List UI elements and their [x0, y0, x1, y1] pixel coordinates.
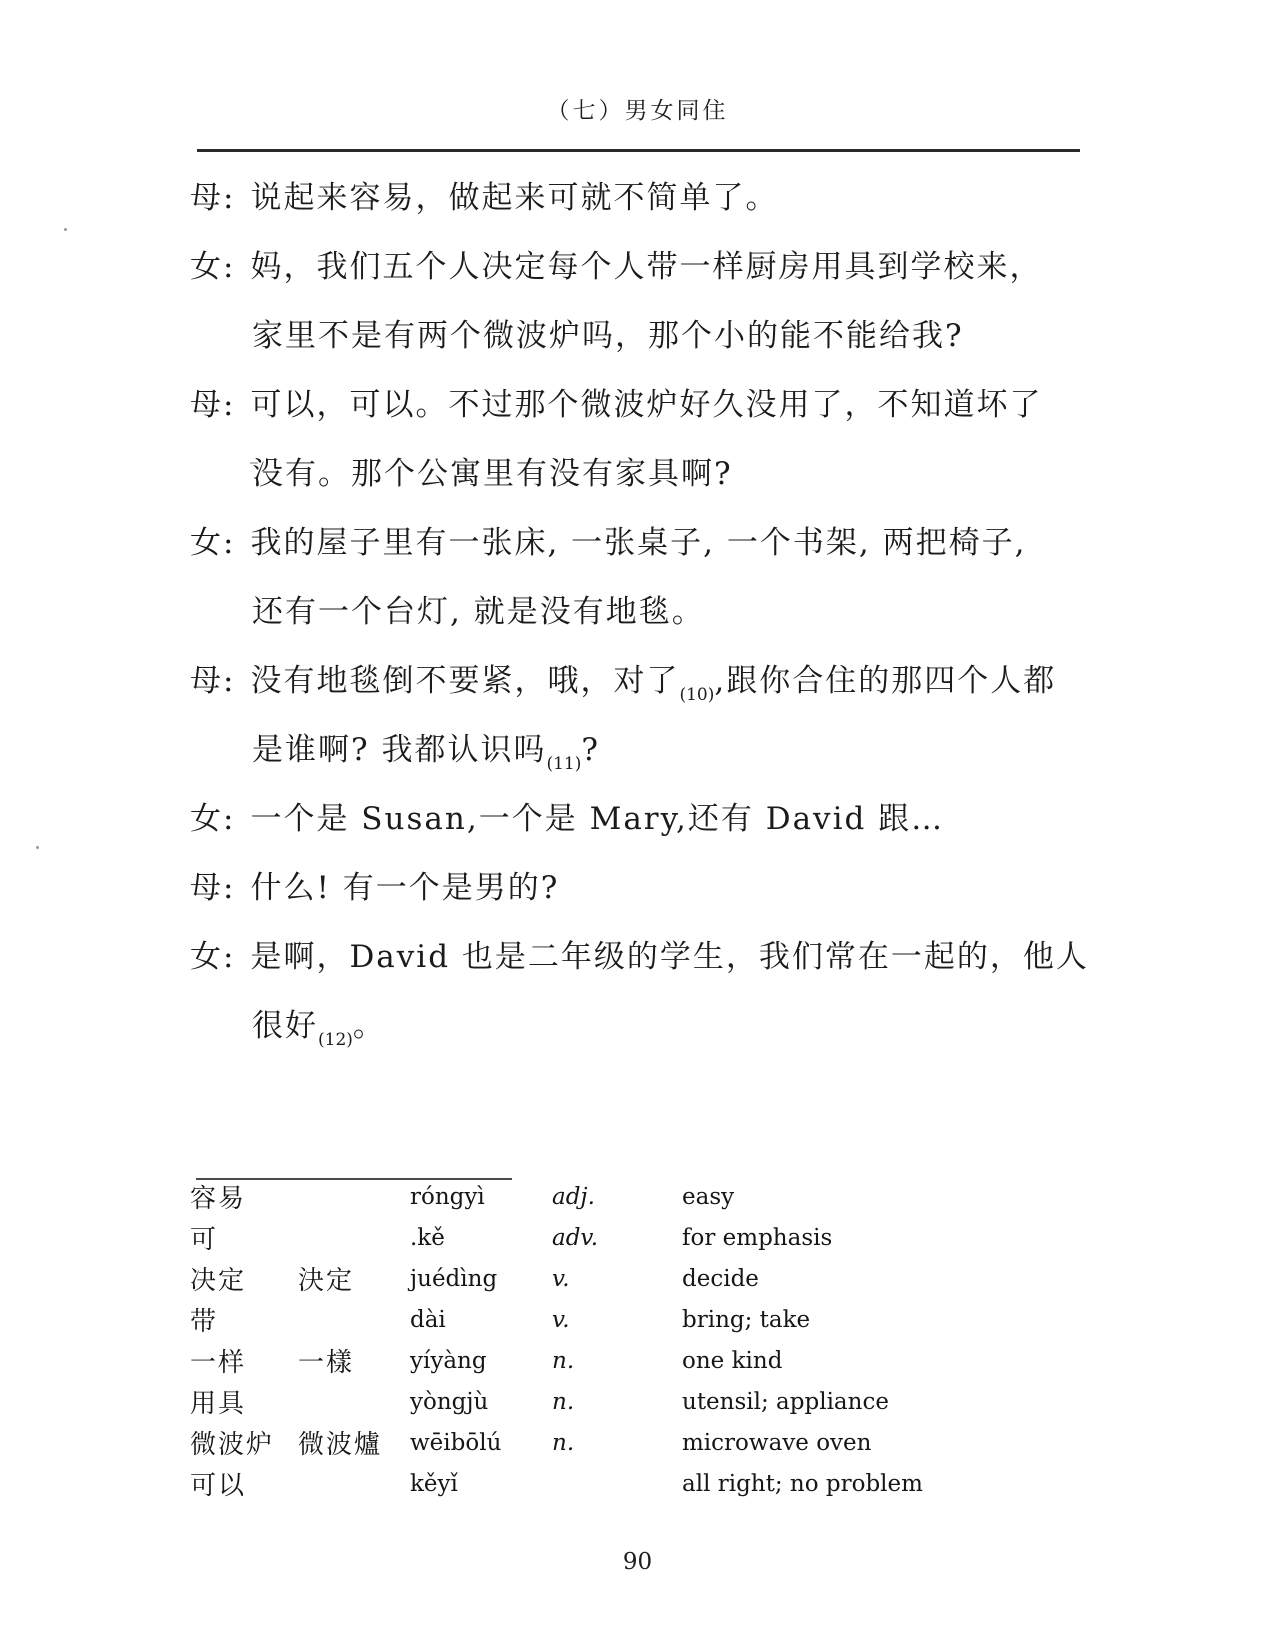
- vocab-part-of-speech: v.: [552, 1266, 682, 1292]
- speaker-label: 女:: [190, 241, 235, 286]
- vocab-simplified: 一样: [190, 1342, 298, 1379]
- vocab-pinyin: róngyì: [410, 1184, 552, 1210]
- vocab-english: utensil; appliance: [682, 1389, 1225, 1415]
- vocab-part-of-speech: v.: [552, 1307, 682, 1333]
- speaker-label: 女:: [190, 931, 235, 976]
- vocab-pinyin: yòngjù: [410, 1389, 552, 1415]
- vocab-english: all right; no problem: [682, 1471, 1225, 1497]
- dialogue-line: 母:什么! 有一个是男的?: [190, 850, 1225, 919]
- dialogue-text: 很好(12)。: [252, 1000, 386, 1045]
- vocab-pinyin: wēibōlú: [410, 1430, 552, 1456]
- vocab-english: decide: [682, 1266, 1225, 1292]
- vocab-english: for emphasis: [682, 1225, 1225, 1251]
- dialogue-text: 可以，可以。不过那个微波炉好久没用了，不知道坏了: [250, 379, 1042, 424]
- dialogue-line: 母:可以，可以。不过那个微波炉好久没用了，不知道坏了: [190, 367, 1225, 436]
- vocab-pinyin: dài: [410, 1307, 552, 1333]
- vocab-pinyin: kěyǐ: [410, 1471, 552, 1497]
- dialogue-text: 我的屋子里有一张床, 一张桌子, 一个书架, 两把椅子,: [250, 517, 1026, 562]
- dialogue-line: 女:是啊，David 也是二年级的学生，我们常在一起的，他人: [190, 919, 1225, 988]
- footnote-number: (10): [679, 685, 714, 705]
- speaker-label: 女:: [190, 793, 235, 838]
- dialogue-line: 家里不是有两个微波炉吗，那个小的能不能给我?: [190, 298, 1225, 367]
- scan-speck: [250, 462, 258, 464]
- dialogue-text: 是啊，David 也是二年级的学生，我们常在一起的，他人: [250, 931, 1088, 976]
- vocab-part-of-speech: n.: [552, 1389, 682, 1415]
- vocab-traditional: 決定: [298, 1260, 410, 1297]
- textbook-page: （七）男女同住 母:说起来容易，做起来可就不简单了。女:妈，我们五个人决定每个人…: [0, 0, 1275, 1650]
- dialogue-text: 没有。那个公寓里有没有家具啊?: [252, 448, 733, 493]
- vocab-simplified: 容易: [190, 1178, 298, 1215]
- vocab-pinyin: .kě: [410, 1225, 552, 1251]
- vocab-part-of-speech: n.: [552, 1430, 682, 1456]
- vocab-simplified: 可以: [190, 1465, 298, 1502]
- footnote-number: (11): [546, 754, 581, 774]
- dialogue-text: 是谁啊? 我都认识吗(11)?: [252, 724, 600, 769]
- dialogue-line: 女:我的屋子里有一张床, 一张桌子, 一个书架, 两把椅子,: [190, 505, 1225, 574]
- scan-speck: [36, 846, 39, 849]
- vocab-simplified: 可: [190, 1219, 298, 1256]
- dialogue-text: 说起来容易，做起来可就不简单了。: [250, 172, 778, 217]
- vocab-simplified: 带: [190, 1301, 298, 1338]
- vocab-simplified: 微波炉: [190, 1424, 298, 1461]
- header-divider: [197, 149, 1080, 152]
- vocab-english: bring; take: [682, 1307, 1225, 1333]
- dialogue-line: 是谁啊? 我都认识吗(11)?: [190, 712, 1225, 781]
- dialogue-line: 母:说起来容易，做起来可就不简单了。: [190, 160, 1225, 229]
- dialogue-text: 一个是 Susan,一个是 Mary,还有 David 跟…: [250, 793, 944, 838]
- dialogue-text: 没有地毯倒不要紧，哦，对了(10),跟你合住的那四个人都: [250, 655, 1056, 700]
- dialogue-line: 很好(12)。: [190, 988, 1225, 1057]
- vocab-part-of-speech: adv.: [552, 1225, 682, 1251]
- vocab-english: one kind: [682, 1348, 1225, 1374]
- speaker-label: 女:: [190, 517, 235, 562]
- scan-speck: [64, 228, 67, 231]
- speaker-label: 母:: [190, 172, 235, 217]
- dialogue-text: 妈，我们五个人决定每个人带一样厨房用具到学校来，: [250, 241, 1042, 286]
- vocab-simplified: 用具: [190, 1383, 298, 1420]
- vocab-traditional: 微波爐: [298, 1424, 410, 1461]
- dialogue: 母:说起来容易，做起来可就不简单了。女:妈，我们五个人决定每个人带一样厨房用具到…: [190, 160, 1225, 1057]
- vocab-table: 容易róngyìadj.easy可.kěadv.for emphasis决定決定…: [190, 1176, 1225, 1504]
- vocab-part-of-speech: n.: [552, 1348, 682, 1374]
- vocab-part-of-speech: adj.: [552, 1184, 682, 1210]
- vocab-traditional: 一樣: [298, 1342, 410, 1379]
- page-number: 90: [0, 1549, 1275, 1575]
- dialogue-line: 女:妈，我们五个人决定每个人带一样厨房用具到学校来，: [190, 229, 1225, 298]
- vocab-pinyin: juédìng: [410, 1266, 552, 1292]
- dialogue-line: 母:没有地毯倒不要紧，哦，对了(10),跟你合住的那四个人都: [190, 643, 1225, 712]
- dialogue-text: 还有一个台灯, 就是没有地毯。: [252, 586, 705, 631]
- chapter-title: （七）男女同住: [0, 92, 1275, 125]
- dialogue-line: 还有一个台灯, 就是没有地毯。: [190, 574, 1225, 643]
- footnote-number: (12): [318, 1030, 353, 1050]
- dialogue-line: 没有。那个公寓里有没有家具啊?: [190, 436, 1225, 505]
- vocab-simplified: 决定: [190, 1260, 298, 1297]
- dialogue-line: 女:一个是 Susan,一个是 Mary,还有 David 跟…: [190, 781, 1225, 850]
- dialogue-text: 家里不是有两个微波炉吗，那个小的能不能给我?: [252, 310, 964, 355]
- speaker-label: 母:: [190, 379, 235, 424]
- vocab-english: microwave oven: [682, 1430, 1225, 1456]
- vocab-pinyin: yíyàng: [410, 1348, 552, 1374]
- dialogue-text: 什么! 有一个是男的?: [250, 862, 559, 907]
- speaker-label: 母:: [190, 862, 235, 907]
- speaker-label: 母:: [190, 655, 235, 700]
- vocab-english: easy: [682, 1184, 1225, 1210]
